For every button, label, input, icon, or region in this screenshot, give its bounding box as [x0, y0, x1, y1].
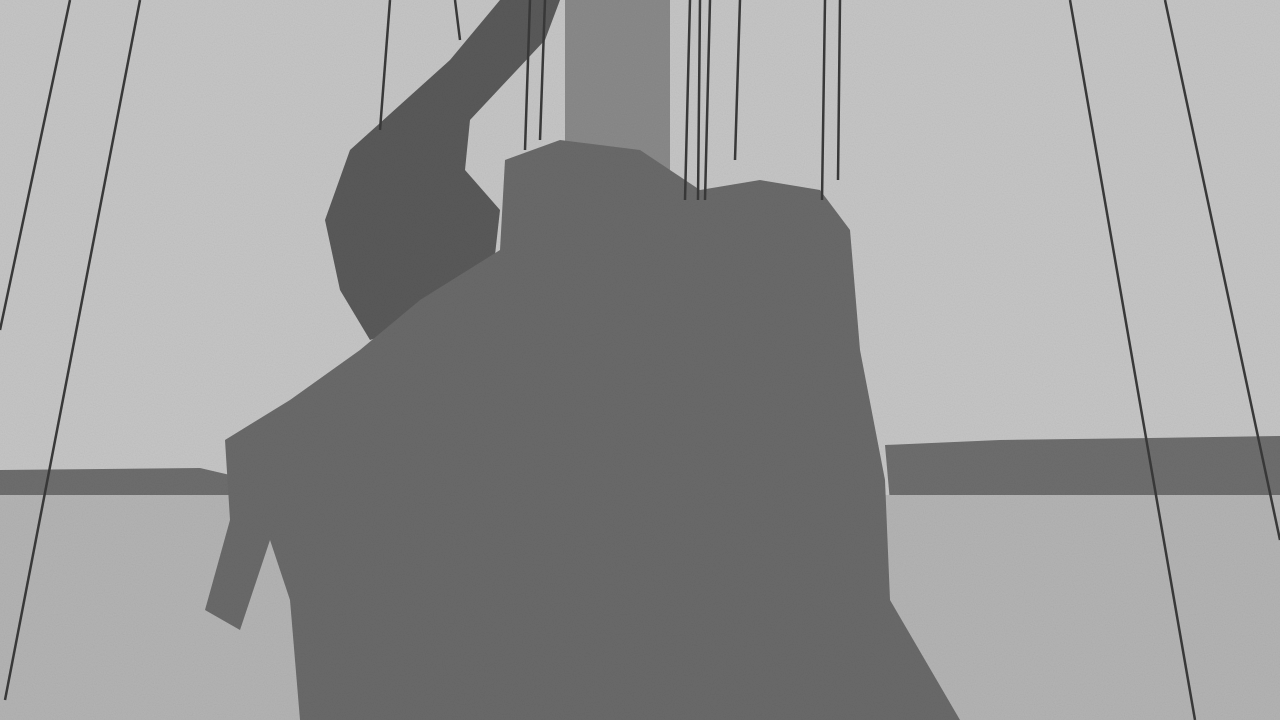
film-still	[0, 0, 1280, 720]
scene-illustration	[0, 0, 1280, 720]
